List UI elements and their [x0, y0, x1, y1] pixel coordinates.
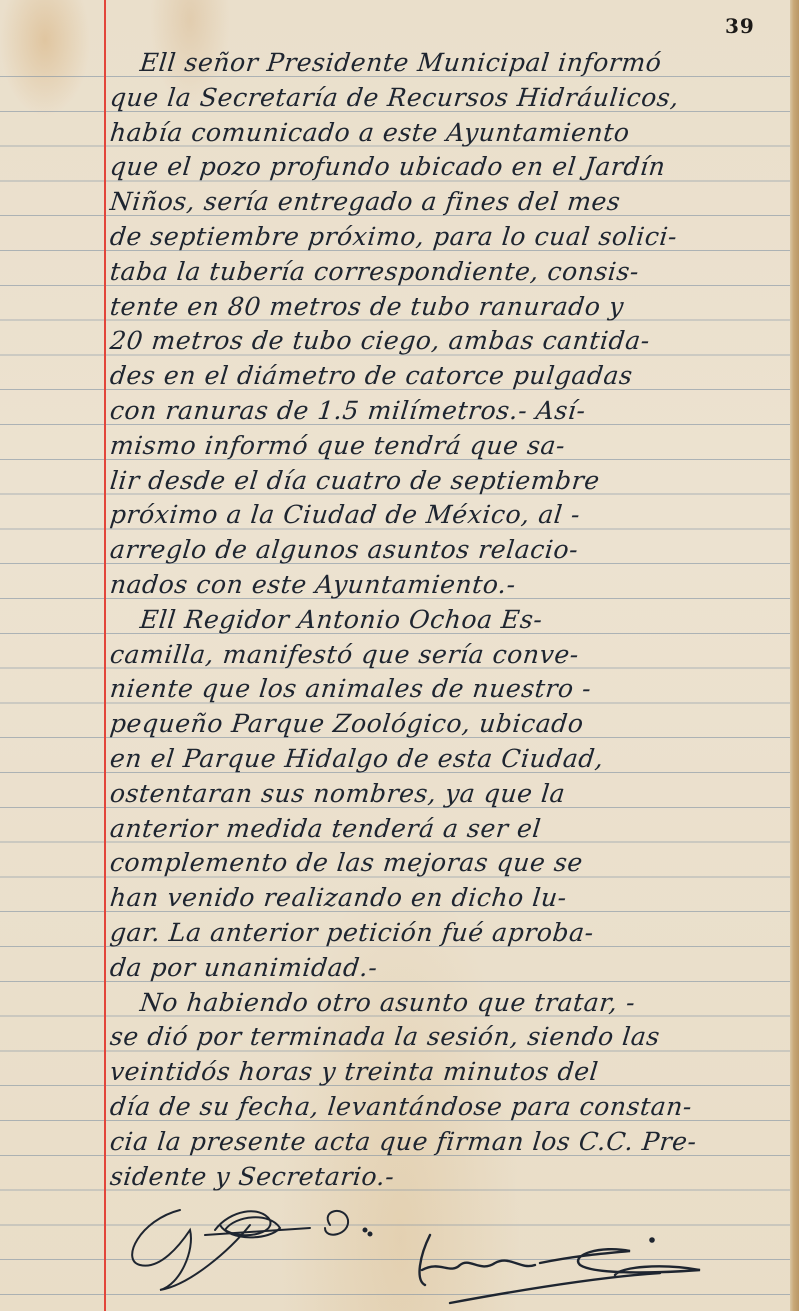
signature-secretario	[400, 1225, 730, 1310]
text-line: han venido realizando en dicho lu-	[104, 881, 792, 916]
text-line: da por unanimidad.-	[104, 951, 792, 986]
text-line: camilla, manifestó que sería conve-	[104, 638, 792, 673]
text-line: 20 metros de tubo ciego, ambas cantida-	[104, 324, 792, 359]
signature-presidente	[120, 1190, 410, 1300]
text-line: lir desde el día cuatro de septiembre	[104, 464, 792, 499]
text-line: taba la tubería correspondiente, consis-	[104, 255, 792, 290]
text-line: en el Parque Hidalgo de esta Ciudad,	[104, 742, 792, 777]
handwritten-text: Ell señor Presidente Municipal informó q…	[106, 46, 790, 1194]
text-line: anterior medida tenderá a ser el	[104, 812, 792, 847]
text-line: mismo informó que tendrá que sa-	[104, 429, 792, 464]
text-line: Niños, sería entregado a fines del mes	[104, 185, 792, 220]
page-number: 39	[725, 14, 755, 38]
text-line: veintidós horas y treinta minutos del	[104, 1055, 792, 1090]
text-line: Ell señor Presidente Municipal informó	[104, 46, 792, 81]
text-line: niente que los animales de nuestro -	[104, 672, 792, 707]
page-edge	[790, 0, 799, 1311]
text-line: Ell Regidor Antonio Ochoa Es-	[104, 603, 792, 638]
text-line: complemento de las mejoras que se	[104, 846, 792, 881]
text-line: de septiembre próximo, para lo cual soli…	[104, 220, 792, 255]
text-line: arreglo de algunos asuntos relacio-	[104, 533, 792, 568]
text-line: ostentaran sus nombres, ya que la	[104, 777, 792, 812]
text-line: nados con este Ayuntamiento.-	[104, 568, 792, 603]
text-line: gar. La anterior petición fué aproba-	[104, 916, 792, 951]
text-line: des en el diámetro de catorce pulgadas	[104, 359, 792, 394]
text-line: que la Secretaría de Recursos Hidráulico…	[104, 81, 792, 116]
text-line: tente en 80 metros de tubo ranurado y	[104, 290, 792, 325]
text-line: que el pozo profundo ubicado en el Jardí…	[104, 150, 792, 185]
text-line: con ranuras de 1.5 milímetros.- Así-	[104, 394, 792, 429]
text-line: había comunicado a este Ayuntamiento	[104, 116, 792, 151]
ledger-page: 39 Ell señor Presidente Municipal inform…	[0, 0, 799, 1311]
text-line: No habiendo otro asunto que tratar, -	[104, 986, 792, 1021]
text-line: se dió por terminada la sesión, siendo l…	[104, 1020, 792, 1055]
text-line: día de su fecha, levantándose para const…	[104, 1090, 792, 1125]
text-line: próximo a la Ciudad de México, al -	[104, 498, 792, 533]
text-line: cia la presente acta que firman los C.C.…	[104, 1125, 792, 1160]
text-line: pequeño Parque Zoológico, ubicado	[104, 707, 792, 742]
